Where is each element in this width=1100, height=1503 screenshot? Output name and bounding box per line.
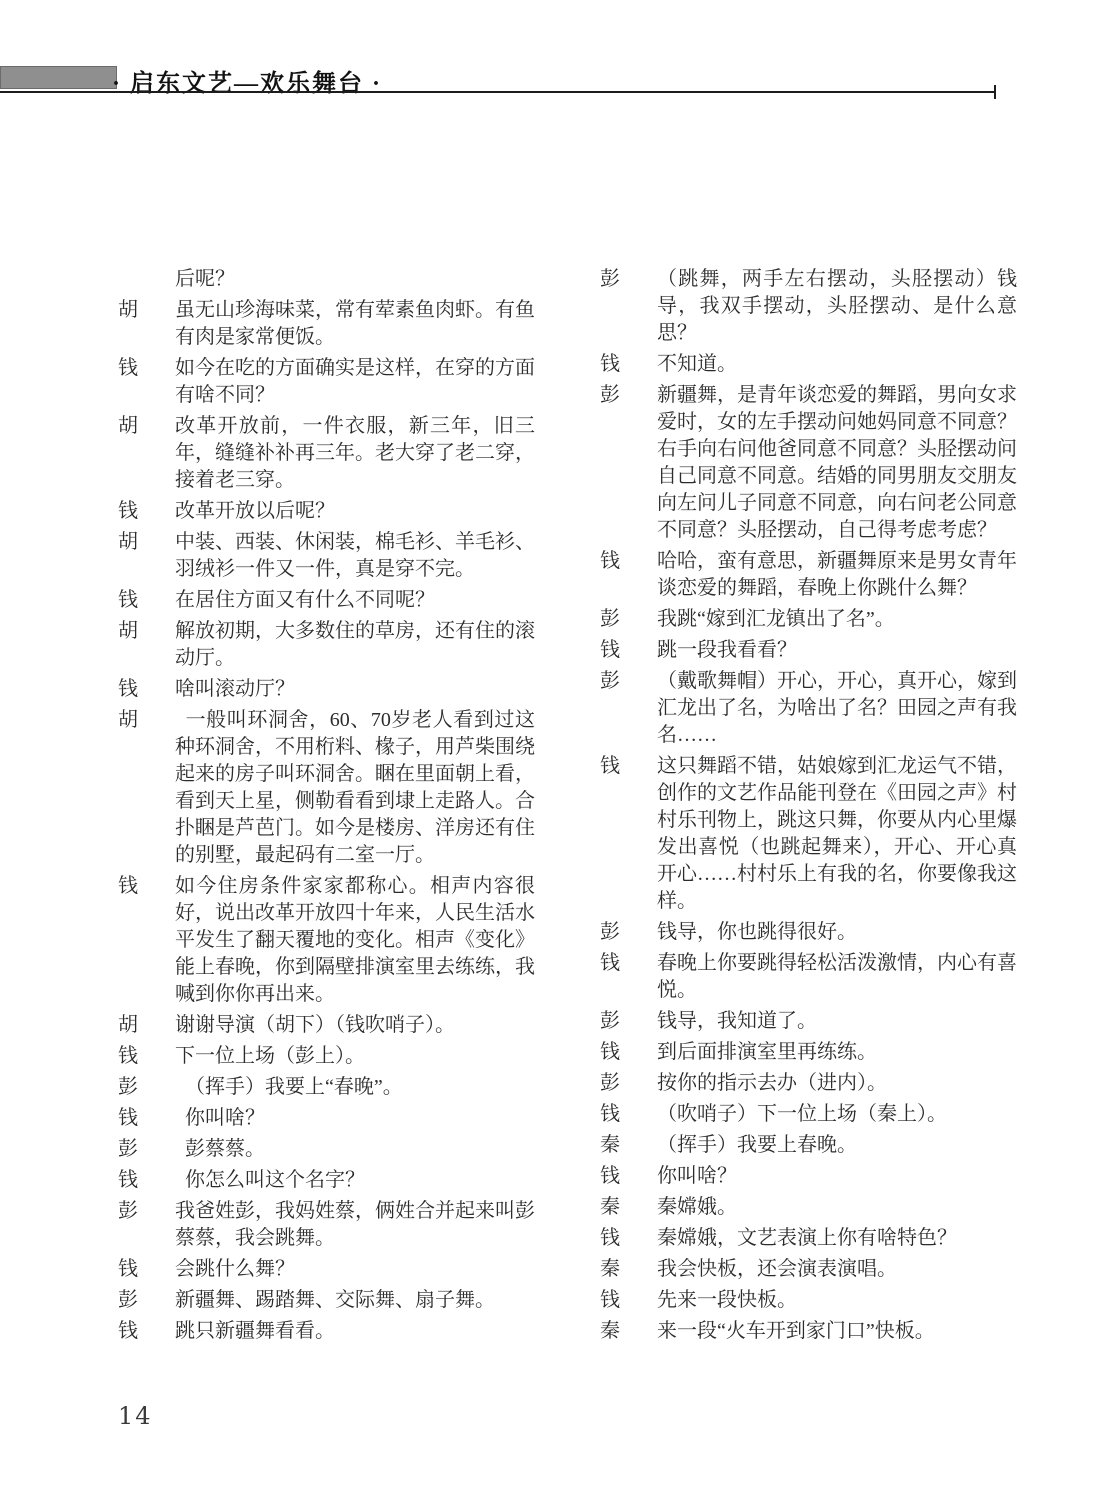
dialogue-text: 秦嫦娥。 xyxy=(657,1194,1017,1221)
dialogue-entry: 钱 到后面排演室里再练练。 xyxy=(600,1039,1020,1066)
dialogue-text: 钱导，我知道了。 xyxy=(657,1008,1017,1035)
dialogue-text: 你叫啥？ xyxy=(657,1163,1017,1190)
dialogue-entry: 钱 你叫啥？ xyxy=(118,1105,538,1132)
speaker-label: 彭 xyxy=(118,1136,175,1163)
dialogue-entry: 秦 秦嫦娥。 xyxy=(600,1194,1020,1221)
speaker-label: 钱 xyxy=(118,1318,175,1345)
dialogue-entry: 钱 春晚上你要跳得轻松活泼激情，内心有喜悦。 xyxy=(600,950,1020,1004)
speaker-label: 钱 xyxy=(600,637,657,664)
speaker-label: 彭 xyxy=(600,266,657,293)
speaker-label: 彭 xyxy=(600,919,657,946)
speaker-label: 钱 xyxy=(118,1043,175,1070)
speaker-label: 钱 xyxy=(118,1167,175,1194)
dialogue-entry: 钱 先来一段快板。 xyxy=(600,1287,1020,1314)
speaker-label: 胡 xyxy=(118,1012,175,1039)
magazine-page: · 启东文艺—欢乐舞台 · 后呢？ 胡 虽无山珍海味菜，常有荤素鱼肉虾。有鱼有肉… xyxy=(0,0,1100,1503)
dialogue-entry: 钱 秦嫦娥，文艺表演上你有啥特色？ xyxy=(600,1225,1020,1252)
dialogue-entry: 钱 改革开放以后呢？ xyxy=(118,498,538,525)
dialogue-text: 我跳“嫁到汇龙镇出了名”。 xyxy=(657,606,1017,633)
dialogue-text: 会跳什么舞？ xyxy=(175,1256,535,1283)
dialogue-text: 跳只新疆舞看看。 xyxy=(175,1318,535,1345)
speaker-label: 彭 xyxy=(600,1008,657,1035)
dialogue-entry: 胡 虽无山珍海味菜，常有荤素鱼肉虾。有鱼有肉是家常便饭。 xyxy=(118,297,538,351)
dialogue-text: 改革开放以后呢？ xyxy=(175,498,535,525)
dialogue-entry: 秦 （挥手）我要上春晚。 xyxy=(600,1132,1020,1159)
dialogue-text: 改革开放前，一件衣服，新三年，旧三年，缝缝补补再三年。老大穿了老二穿，接着老三穿… xyxy=(175,413,535,494)
dialogue-text: 按你的指示去办（进内）。 xyxy=(657,1070,1017,1097)
dialogue-text: （跳舞，两手左右摆动，头胫摆动）钱导，我双手摆动，头胫摆动、是什么意思？ xyxy=(657,266,1017,347)
dialogue-entry: 胡 一般叫环洞舍，60、70岁老人看到过这种环洞舍，不用桁料、椽子，用芦柴围绕起… xyxy=(118,707,538,869)
speaker-label: 胡 xyxy=(118,297,175,324)
dialogue-entry: 钱 如今在吃的方面确实是这样，在穿的方面有啥不同？ xyxy=(118,355,538,409)
dialogue-entry: 钱 你怎么叫这个名字？ xyxy=(118,1167,538,1194)
speaker-label: 彭 xyxy=(600,382,657,409)
dialogue-entry: 秦 来一段“火车开到家门口”快板。 xyxy=(600,1318,1020,1345)
speaker-label: 彭 xyxy=(118,1198,175,1225)
speaker-label: 秦 xyxy=(600,1132,657,1159)
dialogue-entry: 彭 彭蔡蔡。 xyxy=(118,1136,538,1163)
dialogue-text: （吹哨子）下一位上场（秦上）。 xyxy=(657,1101,1017,1128)
dialogue-entry: 钱 （吹哨子）下一位上场（秦上）。 xyxy=(600,1101,1020,1128)
dialogue-entry: 钱 跳只新疆舞看看。 xyxy=(118,1318,538,1345)
header-rule xyxy=(0,91,996,93)
dialogue-text: 春晚上你要跳得轻松活泼激情，内心有喜悦。 xyxy=(657,950,1017,1004)
dialogue-text: 先来一段快板。 xyxy=(657,1287,1017,1314)
header-gray-bar xyxy=(0,66,117,89)
dialogue-text: 你叫啥？ xyxy=(175,1105,535,1132)
speaker-label: 秦 xyxy=(600,1256,657,1283)
speaker-label: 胡 xyxy=(118,413,175,440)
dialogue-text: 这只舞蹈不错，姑娘嫁到汇龙运气不错，创作的文艺作品能刊登在《田园之声》村村乐刊物… xyxy=(657,753,1017,915)
dialogue-entry: 彭 新疆舞、踢踏舞、交际舞、扇子舞。 xyxy=(118,1287,538,1314)
dialogue-text: （挥手）我要上春晚。 xyxy=(657,1132,1017,1159)
dialogue-entry: 钱 下一位上场（彭上）。 xyxy=(118,1043,538,1070)
dialogue-text: 如今在吃的方面确实是这样，在穿的方面有啥不同？ xyxy=(175,355,535,409)
header-rule-tick xyxy=(994,85,996,99)
dialogue-entry: 钱 如今住房条件家家都称心。相声内容很好，说出改革开放四十年来，人民生活水平发生… xyxy=(118,873,538,1008)
dialogue-entry: 彭 钱导，你也跳得很好。 xyxy=(600,919,1020,946)
dialogue-text: 啥叫滚动厅？ xyxy=(175,676,535,703)
dialogue-text: （挥手）我要上“春晚”。 xyxy=(175,1074,535,1101)
speaker-label: 钱 xyxy=(118,676,175,703)
dialogue-entry: 彭 （跳舞，两手左右摆动，头胫摆动）钱导，我双手摆动，头胫摆动、是什么意思？ xyxy=(600,266,1020,347)
dialogue-text: 钱导，你也跳得很好。 xyxy=(657,919,1017,946)
dialogue-entry: 胡 改革开放前，一件衣服，新三年，旧三年，缝缝补补再三年。老大穿了老二穿，接着老… xyxy=(118,413,538,494)
speaker-label: 彭 xyxy=(118,1287,175,1314)
dialogue-text: 秦嫦娥，文艺表演上你有啥特色？ xyxy=(657,1225,1017,1252)
speaker-label: 钱 xyxy=(600,753,657,780)
speaker-label: 彭 xyxy=(600,606,657,633)
speaker-label: 钱 xyxy=(600,1287,657,1314)
dialogue-text: 新疆舞，是青年谈恋爱的舞蹈，男向女求爱时，女的左手摆动问她妈同意不同意？右手向右… xyxy=(657,382,1017,544)
dialogue-text: 谢谢导演（胡下）（钱吹哨子）。 xyxy=(175,1012,535,1039)
speaker-label: 钱 xyxy=(600,548,657,575)
dialogue-text: 虽无山珍海味菜，常有荤素鱼肉虾。有鱼有肉是家常便饭。 xyxy=(175,297,535,351)
dialogue-entry: 秦 我会快板，还会演表演唱。 xyxy=(600,1256,1020,1283)
speaker-label: 胡 xyxy=(118,618,175,645)
dialogue-entry: 胡 解放初期，大多数住的草房，还有住的滚动厅。 xyxy=(118,618,538,672)
dialogue-text: 后呢？ xyxy=(175,266,535,293)
dialogue-entry: 彭 按你的指示去办（进内）。 xyxy=(600,1070,1020,1097)
dialogue-entry: 后呢？ xyxy=(118,266,538,293)
speaker-label: 胡 xyxy=(118,707,175,734)
speaker-label: 秦 xyxy=(600,1318,657,1345)
speaker-label: 钱 xyxy=(600,1039,657,1066)
speaker-label: 彭 xyxy=(118,1074,175,1101)
speaker-label: 钱 xyxy=(600,351,657,378)
speaker-label: 钱 xyxy=(118,873,175,900)
dialogue-text: 如今住房条件家家都称心。相声内容很好，说出改革开放四十年来，人民生活水平发生了翻… xyxy=(175,873,535,1008)
speaker-label: 钱 xyxy=(600,1101,657,1128)
dialogue-entry: 彭 （戴歌舞帽）开心，开心，真开心，嫁到汇龙出了名，为啥出了名？田园之声有我名…… xyxy=(600,668,1020,749)
dialogue-entry: 彭 钱导，我知道了。 xyxy=(600,1008,1020,1035)
speaker-label: 钱 xyxy=(118,587,175,614)
speaker-label: 秦 xyxy=(600,1194,657,1221)
dialogue-text: 在居住方面又有什么不同呢？ xyxy=(175,587,535,614)
speaker-label: 胡 xyxy=(118,529,175,556)
dialogue-entry: 胡 谢谢导演（胡下）（钱吹哨子）。 xyxy=(118,1012,538,1039)
dialogue-entry: 彭 新疆舞，是青年谈恋爱的舞蹈，男向女求爱时，女的左手摆动问她妈同意不同意？右手… xyxy=(600,382,1020,544)
dialogue-text: 彭蔡蔡。 xyxy=(175,1136,535,1163)
dialogue-text: 解放初期，大多数住的草房，还有住的滚动厅。 xyxy=(175,618,535,672)
dialogue-entry: 钱 这只舞蹈不错，姑娘嫁到汇龙运气不错，创作的文艺作品能刊登在《田园之声》村村乐… xyxy=(600,753,1020,915)
dialogue-text: 我会快板，还会演表演唱。 xyxy=(657,1256,1017,1283)
speaker-label: 钱 xyxy=(600,1163,657,1190)
speaker-label: 钱 xyxy=(118,1105,175,1132)
speaker-label: 彭 xyxy=(600,668,657,695)
dialogue-text: 一般叫环洞舍，60、70岁老人看到过这种环洞舍，不用桁料、椽子，用芦柴围绕起来的… xyxy=(175,707,535,869)
dialogue-text: 来一段“火车开到家门口”快板。 xyxy=(657,1318,1017,1345)
speaker-label: 钱 xyxy=(600,950,657,977)
dialogue-entry: 胡 中装、西装、休闲装，棉毛衫、羊毛衫、羽绒衫一件又一件，真是穿不完。 xyxy=(118,529,538,583)
dialogue-entry: 钱 在居住方面又有什么不同呢？ xyxy=(118,587,538,614)
speaker-label: 钱 xyxy=(600,1225,657,1252)
dialogue-entry: 彭 我爸姓彭，我妈姓蔡，俩姓合并起来叫彭蔡蔡，我会跳舞。 xyxy=(118,1198,538,1252)
speaker-label: 彭 xyxy=(600,1070,657,1097)
right-column: 彭 （跳舞，两手左右摆动，头胫摆动）钱导，我双手摆动，头胫摆动、是什么意思？ 钱… xyxy=(600,266,1020,1349)
dialogue-text: 你怎么叫这个名字？ xyxy=(175,1167,535,1194)
dialogue-text: （戴歌舞帽）开心，开心，真开心，嫁到汇龙出了名，为啥出了名？田园之声有我名…… xyxy=(657,668,1017,749)
speaker-label: 钱 xyxy=(118,355,175,382)
dialogue-entry: 钱 你叫啥？ xyxy=(600,1163,1020,1190)
dialogue-entry: 钱 啥叫滚动厅？ xyxy=(118,676,538,703)
dialogue-entry: 钱 会跳什么舞？ xyxy=(118,1256,538,1283)
dialogue-text: 到后面排演室里再练练。 xyxy=(657,1039,1017,1066)
speaker-label: 钱 xyxy=(118,1256,175,1283)
dialogue-text: 不知道。 xyxy=(657,351,1017,378)
dialogue-entry: 钱 哈哈，蛮有意思，新疆舞原来是男女青年谈恋爱的舞蹈，春晚上你跳什么舞？ xyxy=(600,548,1020,602)
dialogue-text: 下一位上场（彭上）。 xyxy=(175,1043,535,1070)
dialogue-text: 中装、西装、休闲装，棉毛衫、羊毛衫、羽绒衫一件又一件，真是穿不完。 xyxy=(175,529,535,583)
speaker-label: 钱 xyxy=(118,498,175,525)
left-column: 后呢？ 胡 虽无山珍海味菜，常有荤素鱼肉虾。有鱼有肉是家常便饭。 钱 如今在吃的… xyxy=(118,266,538,1349)
dialogue-entry: 钱 跳一段我看看？ xyxy=(600,637,1020,664)
page-number: 14 xyxy=(118,1402,153,1430)
dialogue-entry: 彭 我跳“嫁到汇龙镇出了名”。 xyxy=(600,606,1020,633)
dialogue-text: 新疆舞、踢踏舞、交际舞、扇子舞。 xyxy=(175,1287,535,1314)
dialogue-text: 跳一段我看看？ xyxy=(657,637,1017,664)
dialogue-text: 哈哈，蛮有意思，新疆舞原来是男女青年谈恋爱的舞蹈，春晚上你跳什么舞？ xyxy=(657,548,1017,602)
dialogue-entry: 彭 （挥手）我要上“春晚”。 xyxy=(118,1074,538,1101)
dialogue-text: 我爸姓彭，我妈姓蔡，俩姓合并起来叫彭蔡蔡，我会跳舞。 xyxy=(175,1198,535,1252)
dialogue-entry: 钱 不知道。 xyxy=(600,351,1020,378)
